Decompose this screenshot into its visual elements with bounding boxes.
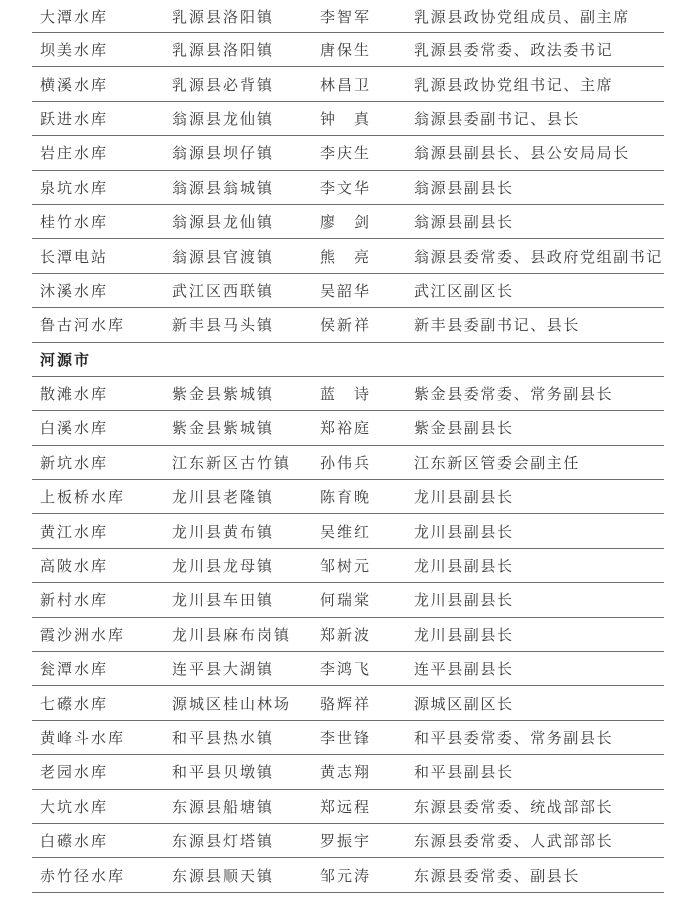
position-cell: 翁源县副县长 <box>414 171 514 204</box>
location-cell: 和平县热水镇 <box>172 721 274 754</box>
location-cell: 龙川县黄布镇 <box>172 514 274 547</box>
table-row: 坝美水库乳源县洛阳镇唐保生乳源县委常委、政法委书记 <box>32 33 664 67</box>
section-header-row: 河源市 <box>32 343 664 377</box>
reservoir-name-cell: 岩庄水库 <box>40 136 108 169</box>
table-row: 泉坑水库翁源县翁城镇李文华翁源县副县长 <box>32 171 664 205</box>
reservoir-name-cell: 鲁古河水库 <box>40 308 125 341</box>
position-cell: 龙川县副县长 <box>414 514 514 547</box>
table-row: 黄峰斗水库和平县热水镇李世锋和平县委常委、常务副县长 <box>32 721 664 755</box>
location-cell: 龙川县麻布岗镇 <box>172 618 291 651</box>
table-row: 赤竹径水库东源县顺天镇邹元涛东源县委常委、副县长 <box>32 858 664 892</box>
table-row: 散滩水库紫金县紫城镇蓝 诗紫金县委常委、常务副县长 <box>32 377 664 411</box>
table-row: 新村水库龙川县车田镇何瑞棠龙川县副县长 <box>32 583 664 617</box>
responsible-person-cell: 何瑞棠 <box>320 583 371 616</box>
table-row: 白礤水库东源县灯塔镇罗振宇东源县委常委、人武部部长 <box>32 824 664 858</box>
position-cell: 东源县委常委、统战部部长 <box>414 790 613 823</box>
position-cell: 翁源县委常委、县政府党组副书记 <box>414 239 663 272</box>
reservoir-name-cell: 霞沙洲水库 <box>40 618 125 651</box>
reservoir-name-cell: 横溪水库 <box>40 67 108 100</box>
position-cell: 新丰县委副书记、县长 <box>414 308 580 341</box>
position-cell: 和平县委常委、常务副县长 <box>414 721 613 754</box>
table-row: 霞沙洲水库龙川县麻布岗镇郑新波龙川县副县长 <box>32 618 664 652</box>
responsible-person-cell: 孙伟兵 <box>320 446 371 479</box>
location-cell: 乳源县洛阳镇 <box>172 0 274 32</box>
position-cell: 翁源县委副书记、县长 <box>414 102 580 135</box>
location-cell: 武江区西联镇 <box>172 274 274 307</box>
position-cell: 乳源县政协党组书记、主席 <box>414 67 613 100</box>
table-row: 老园水库和平县贝墩镇黄志翔和平县副县长 <box>32 755 664 789</box>
table-row: 黄江水库龙川县黄布镇吴维红龙川县副县长 <box>32 514 664 548</box>
reservoir-name-cell: 新村水库 <box>40 583 108 616</box>
section-title: 河源市 <box>40 343 91 376</box>
responsible-person-cell: 李智军 <box>320 0 371 32</box>
position-cell: 源城区副区长 <box>414 686 514 719</box>
position-cell: 乳源县政协党组成员、副主席 <box>414 0 630 32</box>
position-cell: 武江区副区长 <box>414 274 514 307</box>
position-cell: 东源县委常委、人武部部长 <box>414 824 613 857</box>
reservoir-name-cell: 桂竹水库 <box>40 205 108 238</box>
reservoir-name-cell: 七礤水库 <box>40 686 108 719</box>
position-cell: 紫金县副县长 <box>414 411 514 444</box>
position-cell: 江东新区管委会副主任 <box>414 446 580 479</box>
reservoir-name-cell: 大潭水库 <box>40 0 108 32</box>
reservoir-name-cell: 黄峰斗水库 <box>40 721 125 754</box>
responsible-person-cell: 林昌卫 <box>320 67 371 100</box>
table-row: 新坑水库江东新区古竹镇孙伟兵江东新区管委会副主任 <box>32 446 664 480</box>
location-cell: 乳源县必背镇 <box>172 67 274 100</box>
table-row: 岩庄水库翁源县坝仔镇李庆生翁源县副县长、县公安局局长 <box>32 136 664 170</box>
reservoir-name-cell: 上板桥水库 <box>40 480 125 513</box>
table-row: 沐溪水库武江区西联镇吴韶华武江区副区长 <box>32 274 664 308</box>
responsible-person-cell: 唐保生 <box>320 33 371 66</box>
position-cell: 东源县委常委、副县长 <box>414 858 580 891</box>
location-cell: 乳源县洛阳镇 <box>172 33 274 66</box>
location-cell: 紫金县紫城镇 <box>172 411 274 444</box>
position-cell: 龙川县副县长 <box>414 549 514 582</box>
responsible-person-cell: 郑新波 <box>320 618 371 651</box>
table-row: 大坑水库东源县船塘镇郑远程东源县委常委、统战部部长 <box>32 790 664 824</box>
location-cell: 东源县船塘镇 <box>172 790 274 823</box>
responsible-person-cell: 罗振宇 <box>320 824 371 857</box>
responsible-person-cell: 郑裕庭 <box>320 411 371 444</box>
reservoir-name-cell: 跃进水库 <box>40 102 108 135</box>
position-cell: 翁源县副县长 <box>414 205 514 238</box>
reservoir-name-cell: 老园水库 <box>40 755 108 788</box>
table-row: 鲁古河水库新丰县马头镇侯新祥新丰县委副书记、县长 <box>32 308 664 342</box>
location-cell: 连平县大湖镇 <box>172 652 274 685</box>
reservoir-name-cell: 赤竹径水库 <box>40 858 125 891</box>
table-row: 横溪水库乳源县必背镇林昌卫乳源县政协党组书记、主席 <box>32 67 664 101</box>
responsible-person-cell: 侯新祥 <box>320 308 371 341</box>
responsible-person-cell: 吴韶华 <box>320 274 371 307</box>
location-cell: 翁源县官渡镇 <box>172 239 274 272</box>
responsible-person-cell: 邹树元 <box>320 549 371 582</box>
location-cell: 龙川县老隆镇 <box>172 480 274 513</box>
responsible-person-cell: 郑远程 <box>320 790 371 823</box>
reservoir-name-cell: 沐溪水库 <box>40 274 108 307</box>
reservoir-name-cell: 泉坑水库 <box>40 171 108 204</box>
table-row: 白溪水库紫金县紫城镇郑裕庭紫金县副县长 <box>32 411 664 445</box>
location-cell: 江东新区古竹镇 <box>172 446 291 479</box>
position-cell: 和平县副县长 <box>414 755 514 788</box>
responsible-person-cell: 黄志翔 <box>320 755 371 788</box>
responsible-person-cell: 陈育晚 <box>320 480 371 513</box>
position-cell: 乳源县委常委、政法委书记 <box>414 33 613 66</box>
responsible-person-cell: 李世锋 <box>320 721 371 754</box>
reservoir-name-cell: 白礤水库 <box>40 824 108 857</box>
position-cell: 紫金县委常委、常务副县长 <box>414 377 613 410</box>
responsible-person-cell: 廖 剑 <box>320 205 371 238</box>
reservoir-name-cell: 坝美水库 <box>40 33 108 66</box>
reservoir-name-cell: 白溪水库 <box>40 411 108 444</box>
responsible-person-cell: 骆辉祥 <box>320 686 371 719</box>
location-cell: 和平县贝墩镇 <box>172 755 274 788</box>
responsible-person-cell: 蓝 诗 <box>320 377 371 410</box>
position-cell: 龙川县副县长 <box>414 618 514 651</box>
location-cell: 东源县顺天镇 <box>172 858 274 891</box>
location-cell: 翁源县龙仙镇 <box>172 102 274 135</box>
reservoir-responsibility-table: 大潭水库乳源县洛阳镇李智军乳源县政协党组成员、副主席坝美水库乳源县洛阳镇唐保生乳… <box>32 0 664 893</box>
responsible-person-cell: 李庆生 <box>320 136 371 169</box>
location-cell: 源城区桂山林场 <box>172 686 291 719</box>
responsible-person-cell: 李鸿飞 <box>320 652 371 685</box>
location-cell: 东源县灯塔镇 <box>172 824 274 857</box>
position-cell: 龙川县副县长 <box>414 480 514 513</box>
location-cell: 新丰县马头镇 <box>172 308 274 341</box>
responsible-person-cell: 钟 真 <box>320 102 371 135</box>
table-row: 长潭电站翁源县官渡镇熊 亮翁源县委常委、县政府党组副书记 <box>32 239 664 273</box>
table-row: 高陂水库龙川县龙母镇邹树元龙川县副县长 <box>32 549 664 583</box>
table-row: 桂竹水库翁源县龙仙镇廖 剑翁源县副县长 <box>32 205 664 239</box>
position-cell: 翁源县副县长、县公安局局长 <box>414 136 630 169</box>
table-row: 大潭水库乳源县洛阳镇李智军乳源县政协党组成员、副主席 <box>32 0 664 33</box>
reservoir-name-cell: 大坑水库 <box>40 790 108 823</box>
table-row: 七礤水库源城区桂山林场骆辉祥源城区副区长 <box>32 686 664 720</box>
reservoir-name-cell: 高陂水库 <box>40 549 108 582</box>
table-row: 上板桥水库龙川县老隆镇陈育晚龙川县副县长 <box>32 480 664 514</box>
location-cell: 紫金县紫城镇 <box>172 377 274 410</box>
reservoir-name-cell: 长潭电站 <box>40 239 108 272</box>
reservoir-name-cell: 瓮潭水库 <box>40 652 108 685</box>
responsible-person-cell: 熊 亮 <box>320 239 371 272</box>
location-cell: 龙川县车田镇 <box>172 583 274 616</box>
location-cell: 龙川县龙母镇 <box>172 549 274 582</box>
location-cell: 翁源县翁城镇 <box>172 171 274 204</box>
responsible-person-cell: 吴维红 <box>320 514 371 547</box>
reservoir-name-cell: 黄江水库 <box>40 514 108 547</box>
position-cell: 连平县副县长 <box>414 652 514 685</box>
responsible-person-cell: 邹元涛 <box>320 858 371 891</box>
location-cell: 翁源县坝仔镇 <box>172 136 274 169</box>
table-row: 跃进水库翁源县龙仙镇钟 真翁源县委副书记、县长 <box>32 102 664 136</box>
reservoir-name-cell: 新坑水库 <box>40 446 108 479</box>
table-row: 瓮潭水库连平县大湖镇李鸿飞连平县副县长 <box>32 652 664 686</box>
reservoir-name-cell: 散滩水库 <box>40 377 108 410</box>
position-cell: 龙川县副县长 <box>414 583 514 616</box>
location-cell: 翁源县龙仙镇 <box>172 205 274 238</box>
responsible-person-cell: 李文华 <box>320 171 371 204</box>
